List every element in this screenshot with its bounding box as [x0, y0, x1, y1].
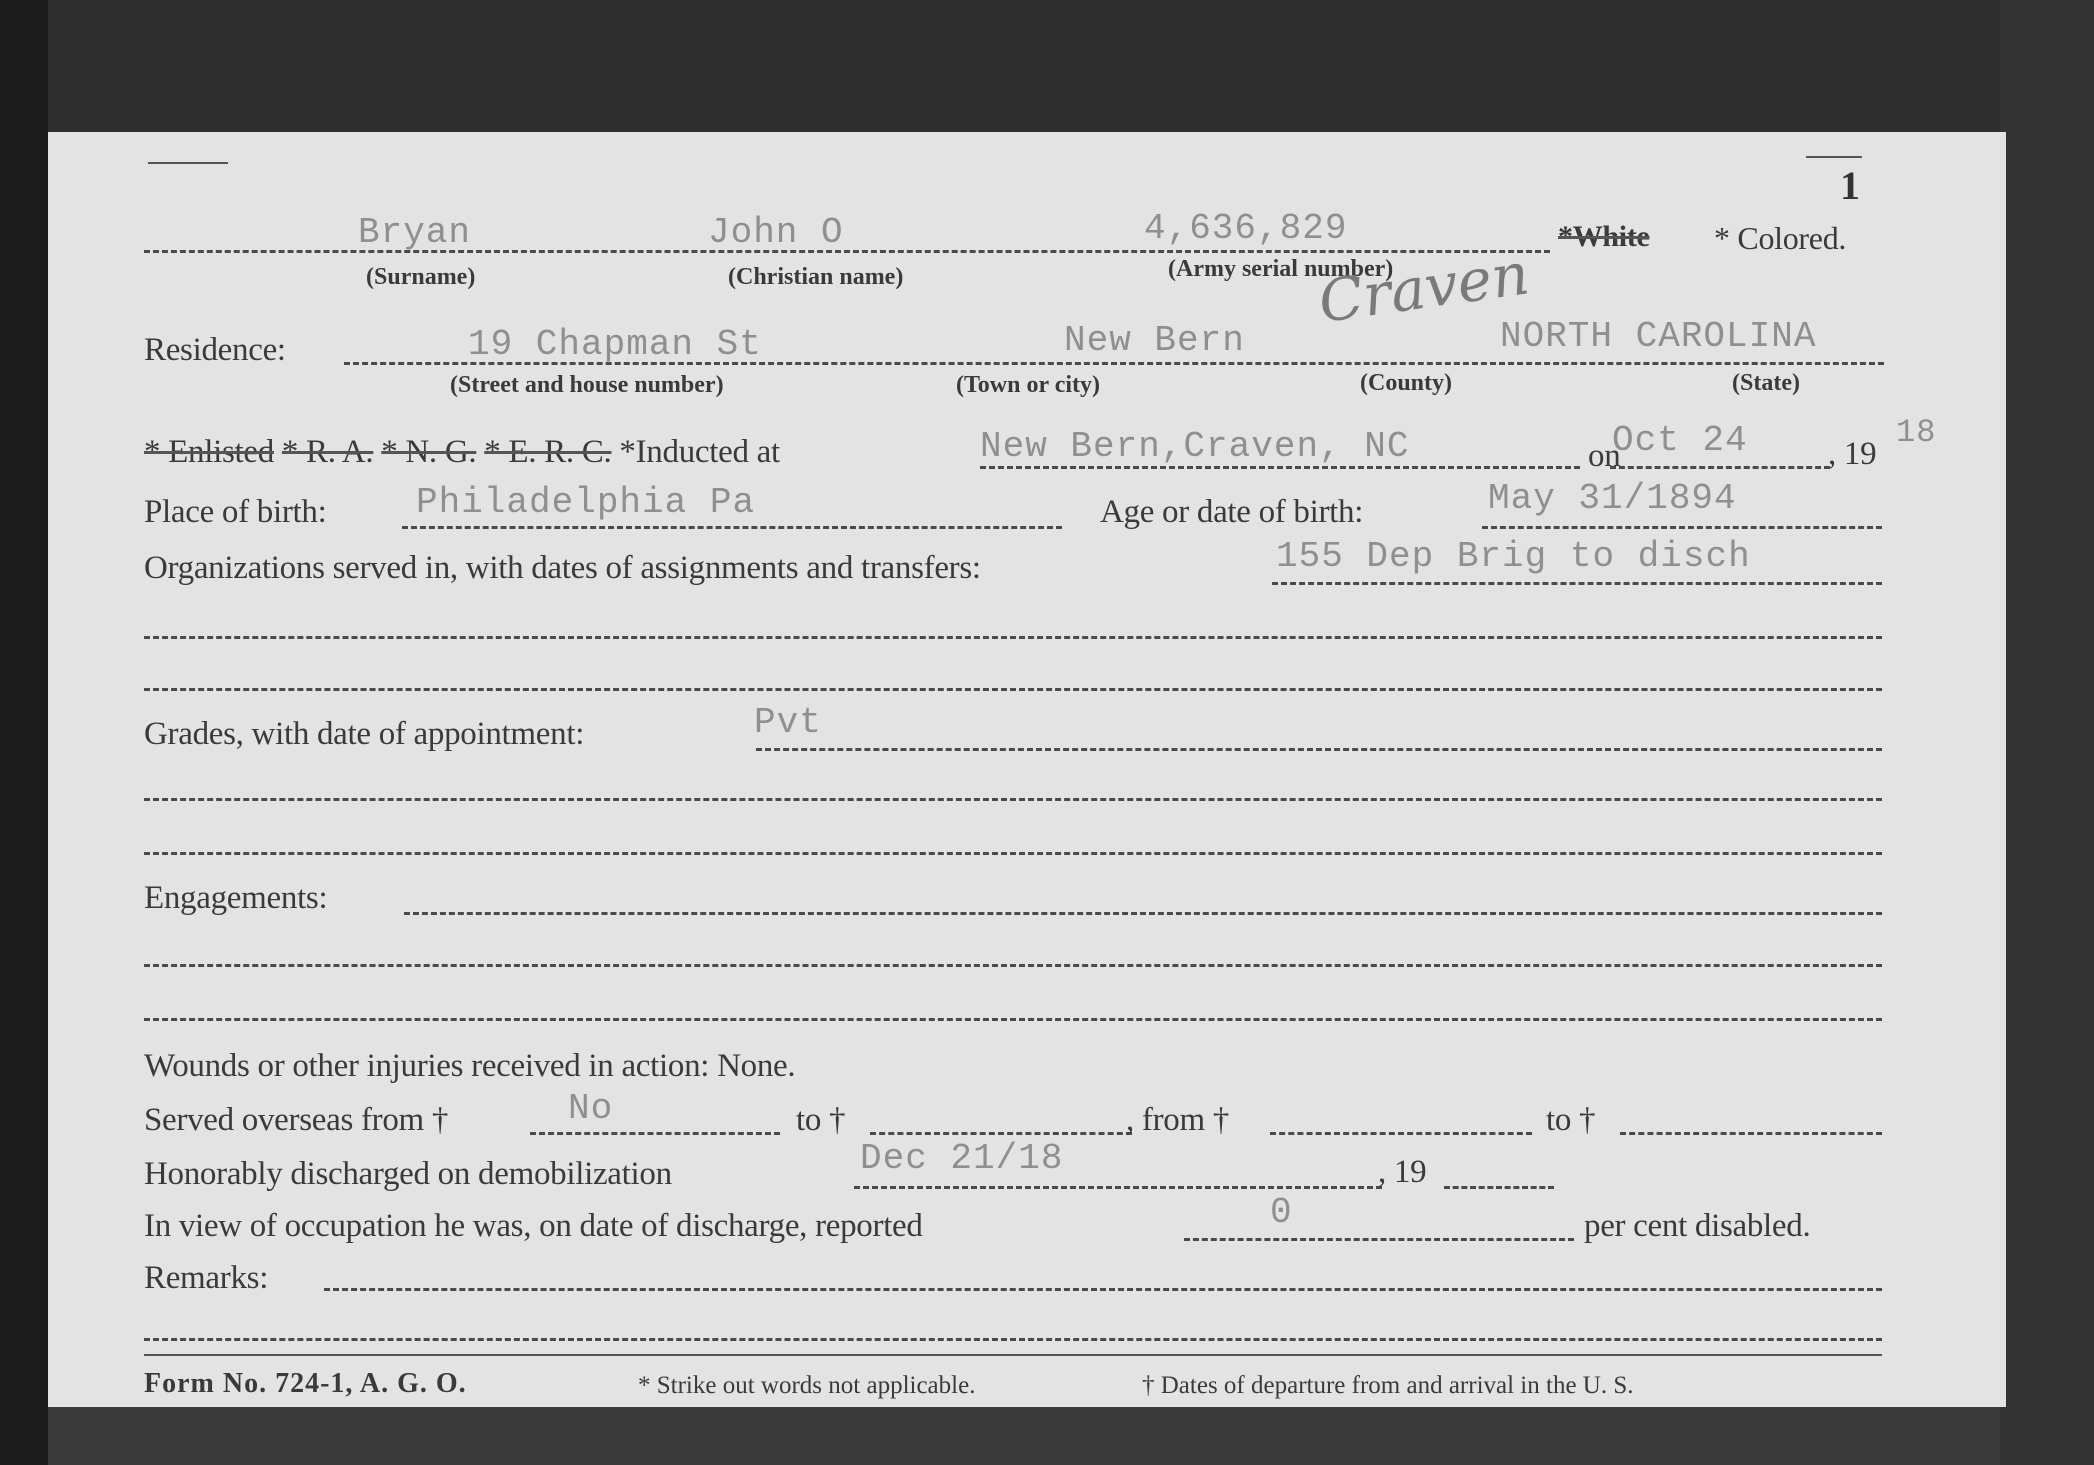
state-caption: (State): [1732, 370, 1800, 397]
disability-suffix: per cent disabled.: [1584, 1208, 1810, 1245]
overseas-to-line: [870, 1132, 1132, 1135]
disability-value: 0: [1270, 1192, 1293, 1233]
discharge-date-value: Dec 21/18: [860, 1138, 1063, 1179]
race-white-label: *White: [1558, 220, 1650, 254]
strike-out-note: * Strike out words not applicable.: [638, 1372, 975, 1400]
engagements-label: Engagements:: [144, 880, 327, 917]
organizations-line-3: [144, 688, 1882, 691]
discharge-year-line: [1444, 1186, 1554, 1189]
overseas-from-value: No: [568, 1088, 613, 1129]
surname-caption: (Surname): [366, 264, 475, 291]
background-right-edge: [2000, 0, 2094, 1465]
grades-line-1: [756, 748, 1882, 751]
induction-year-value: 18: [1896, 414, 1936, 451]
overseas-to2-line: [1620, 1132, 1882, 1135]
background-left-edge: [0, 0, 48, 1465]
footer-rule: [144, 1354, 1882, 1356]
county-caption: (County): [1360, 370, 1452, 397]
engagements-line-2: [144, 964, 1882, 967]
grades-line-3: [144, 852, 1882, 855]
card-number: 1: [1840, 162, 1860, 209]
overseas-from-line: [530, 1132, 780, 1135]
induction-date-line: [1610, 466, 1830, 469]
served-overseas-label: Served overseas from †: [144, 1102, 448, 1139]
serial-number-value: 4,636,829: [1144, 208, 1347, 249]
wounds-label: Wounds or other injuries received in act…: [144, 1048, 795, 1085]
enlisted-option: * Enlisted: [144, 434, 274, 470]
grades-value: Pvt: [754, 702, 822, 743]
organizations-value: 155 Dep Brig to disch: [1276, 536, 1751, 577]
place-of-birth-value: Philadelphia Pa: [416, 482, 755, 523]
induction-date-value: Oct 24: [1612, 420, 1748, 461]
engagements-line-1: [404, 912, 1882, 915]
engagements-line-3: [144, 1018, 1882, 1021]
birth-date-value: May 31/1894: [1488, 478, 1737, 519]
overseas-from2-label: , from †: [1126, 1102, 1229, 1139]
background-bottom: [48, 1405, 2000, 1465]
organizations-line-2: [144, 636, 1882, 639]
induction-year-prefix: , 19: [1828, 436, 1876, 473]
race-colored-label: * Colored.: [1714, 220, 1846, 257]
service-record-card: 1 Bryan John O 4,636,829 *White * Colore…: [48, 132, 2006, 1407]
christian-name-value: John O: [708, 212, 844, 253]
top-left-rule: [148, 162, 228, 164]
ng-option: * N. G.: [381, 434, 476, 470]
dagger-note: † Dates of departure from and arrival in…: [1142, 1372, 1634, 1400]
place-of-birth-line: [402, 526, 1062, 529]
state-value: NORTH CAROLINA: [1500, 316, 1816, 357]
place-of-birth-label: Place of birth:: [144, 494, 326, 531]
disability-line: [1184, 1238, 1574, 1241]
disability-label: In view of occupation he was, on date of…: [144, 1208, 923, 1245]
induction-row: * Enlisted * R. A. * N. G. * E. R. C. *I…: [144, 434, 780, 471]
discharge-date-line: [854, 1186, 1382, 1189]
inducted-at-label: *Inducted at: [619, 434, 779, 470]
street-caption: (Street and house number): [450, 372, 724, 399]
name-line: [144, 250, 1550, 253]
street-value: 19 Chapman St: [468, 324, 762, 365]
overseas-to2-label: to †: [1546, 1102, 1595, 1139]
christian-name-caption: (Christian name): [728, 264, 903, 291]
remarks-line-1: [324, 1288, 1882, 1291]
grades-label: Grades, with date of appointment:: [144, 716, 584, 753]
grades-line-2: [144, 798, 1882, 801]
ra-option: * R. A.: [282, 434, 373, 470]
organizations-label: Organizations served in, with dates of a…: [144, 550, 981, 587]
card-number-rule: [1806, 156, 1862, 158]
town-value: New Bern: [1064, 320, 1245, 361]
discharge-year-prefix: , 19: [1378, 1154, 1426, 1191]
surname-value: Bryan: [358, 212, 471, 253]
erc-option: * E. R. C.: [484, 434, 611, 470]
age-label: Age or date of birth:: [1100, 494, 1363, 531]
discharge-label: Honorably discharged on demobilization: [144, 1156, 672, 1193]
organizations-line-1: [1272, 582, 1882, 585]
age-line: [1482, 526, 1882, 529]
residence-label: Residence:: [144, 332, 286, 369]
remarks-label: Remarks:: [144, 1260, 268, 1297]
form-number: Form No. 724-1, A. G. O.: [144, 1368, 467, 1400]
town-caption: (Town or city): [956, 372, 1100, 399]
inducted-place-value: New Bern,Craven, NC: [980, 426, 1409, 467]
remarks-line-2: [144, 1338, 1882, 1341]
overseas-from2-line: [1270, 1132, 1532, 1135]
overseas-to-label: to †: [796, 1102, 845, 1139]
